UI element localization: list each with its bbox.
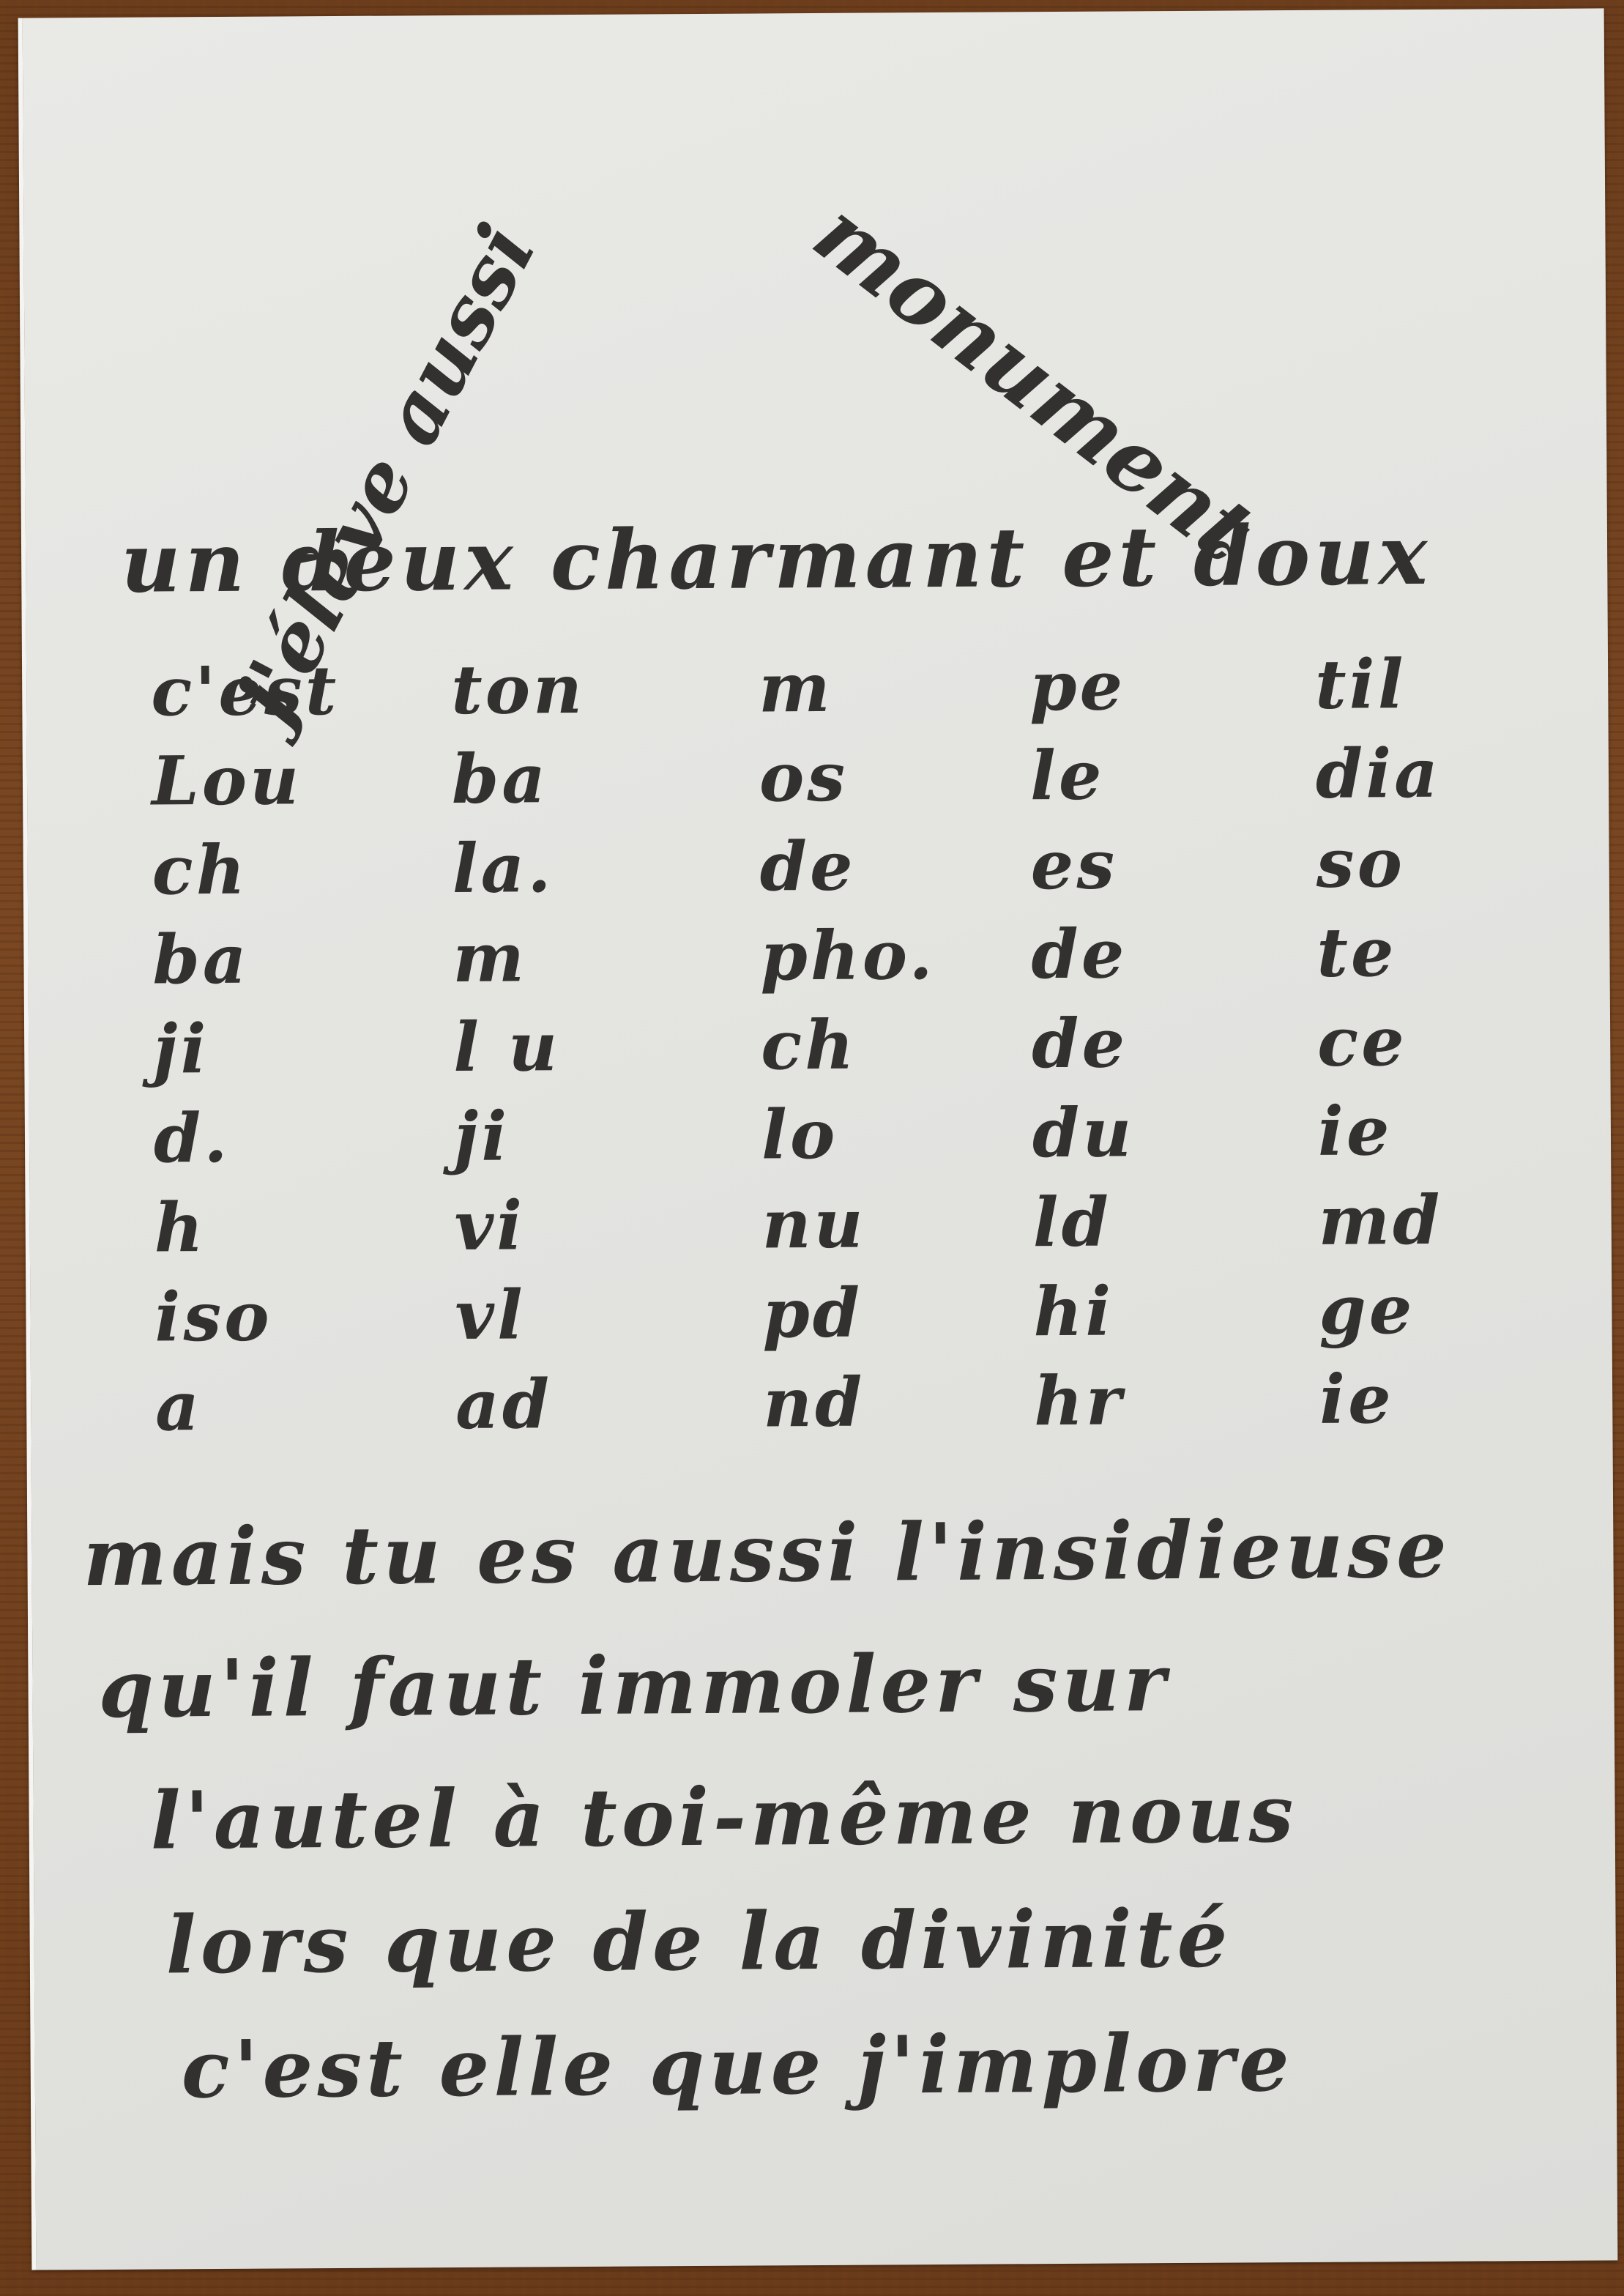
column-cell: c'est [151, 646, 371, 737]
column-cell: vi [454, 1180, 674, 1271]
column-cell: ba [452, 733, 672, 824]
column-cell: iso [154, 1271, 375, 1362]
column-cell: m [759, 642, 979, 733]
column-5: til dia so te ce ie md ge ie [1315, 639, 1540, 1444]
column-cell: l u [453, 1001, 674, 1092]
column-cell: ie [1319, 1353, 1540, 1444]
base-line-4: lors que de la divinité [165, 1893, 1232, 1992]
column-cell: te [1316, 907, 1537, 997]
column-cell: le [1030, 729, 1251, 820]
column-cell: Lou [152, 735, 372, 826]
column-cell: pd [762, 1268, 983, 1359]
column-cell: lo [761, 1089, 982, 1180]
column-3: m os de pho. ch lo nu pd nd [759, 642, 983, 1448]
base-line-3: l'autel à toi-même nous [150, 1768, 1297, 1868]
column-cell: vl [455, 1269, 675, 1360]
column-cell: pho. [760, 910, 980, 1001]
column-cell: so [1316, 817, 1536, 908]
column-cell: nd [763, 1357, 983, 1448]
column-4: pe le es de de du ld hi hr [1029, 640, 1254, 1446]
calligram-card: j'élève aussi monument un deux charmant … [18, 8, 1618, 2270]
column-cell: h [154, 1182, 374, 1273]
column-cell: d. [154, 1093, 374, 1184]
column-cell: du [1032, 1087, 1253, 1178]
column-cell: dia [1316, 728, 1536, 819]
column-cell: til [1315, 639, 1535, 729]
column-cell: ton [451, 644, 671, 735]
column-cell: ji [153, 1003, 373, 1094]
column-cell: ch [152, 825, 372, 915]
column-cell: nu [761, 1178, 982, 1269]
column-cell: la. [452, 822, 672, 913]
column-cell: ge [1319, 1264, 1539, 1355]
column-cell: hr [1034, 1355, 1254, 1446]
column-cell: ji [454, 1091, 674, 1181]
column-cell: de [759, 821, 980, 912]
column-cell: pe [1029, 640, 1250, 731]
column-2: ton ba la. m l u ji vi vl ad [451, 644, 676, 1449]
column-cell: de [1031, 908, 1251, 999]
architrave-line: un deux charmant et doux [121, 508, 1432, 612]
column-cell: de [1032, 997, 1252, 1088]
roof-right-text: monument [23, 8, 1604, 18]
column-cell: m [452, 912, 673, 1003]
column-cell: md [1318, 1175, 1538, 1266]
roof-left-text: j'élève aussi [23, 8, 1604, 18]
column-cell: ld [1032, 1176, 1253, 1267]
base-line-1: mais tu es aussi l'insidieuse [83, 1504, 1451, 1604]
base-line-2: qu'il faut immoler sur [98, 1637, 1170, 1736]
column-cell: hi [1033, 1266, 1254, 1356]
column-cell: ch [761, 1000, 981, 1091]
column-cell: ba [152, 914, 373, 1005]
base-line-5: c'est elle que j'implore [181, 2017, 1294, 2116]
column-cell: os [759, 732, 980, 822]
column-cell: ad [455, 1359, 676, 1449]
column-1: c'est Lou ch ba ji d. h iso a [151, 646, 376, 1452]
column-cell: es [1030, 819, 1251, 910]
column-cell: a [155, 1361, 376, 1452]
column-cell: ce [1317, 996, 1538, 1087]
column-cell: ie [1318, 1085, 1538, 1176]
